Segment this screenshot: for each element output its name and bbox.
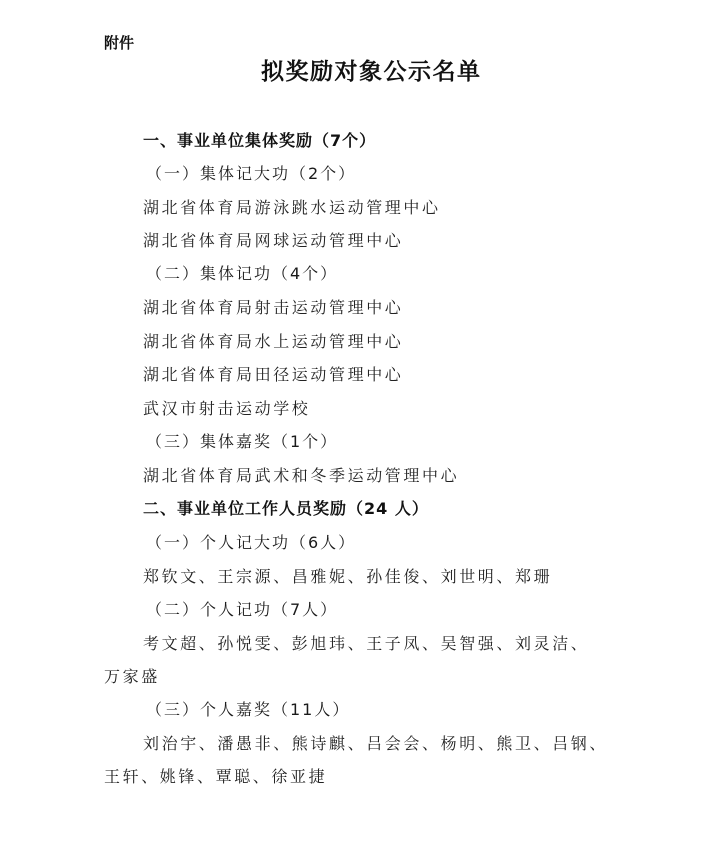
subsection-heading-individual-merit: （二）个人记功（7人）	[146, 600, 338, 620]
names-line: 刘治宇、潘愚非、熊诗麒、吕会会、杨明、熊卫、吕钢、	[143, 734, 608, 754]
list-item: 湖北省体育局水上运动管理中心	[143, 332, 403, 352]
subsection-heading-collective-major-merit: （一）集体记大功（2个）	[146, 164, 356, 184]
list-item: 湖北省体育局网球运动管理中心	[143, 231, 403, 251]
page-title: 拟奖励对象公示名单	[261, 58, 482, 86]
names-line: 郑钦文、王宗源、昌雅妮、孙佳俊、刘世明、郑珊	[143, 567, 552, 587]
attachment-label: 附件	[104, 33, 134, 53]
names-line: 王轩、姚锋、覃聪、徐亚捷	[104, 767, 327, 787]
list-item: 湖北省体育局田径运动管理中心	[143, 365, 403, 385]
list-item: 武汉市射击运动学校	[143, 399, 310, 419]
names-line: 万家盛	[104, 667, 160, 687]
subsection-heading-collective-merit: （二）集体记功（4个）	[146, 264, 338, 284]
list-item: 湖北省体育局游泳跳水运动管理中心	[143, 198, 441, 218]
list-item: 湖北省体育局射击运动管理中心	[143, 298, 403, 318]
subsection-heading-individual-major-merit: （一）个人记大功（6人）	[146, 533, 356, 553]
list-item: 湖北省体育局武术和冬季运动管理中心	[143, 466, 459, 486]
subsection-heading-individual-commendation: （三）个人嘉奖（11人）	[146, 700, 350, 720]
names-line: 考文超、孙悦雯、彭旭玮、王子凤、吴智强、刘灵洁、	[143, 634, 589, 654]
section-heading-collective: 一、事业单位集体奖励（7个）	[143, 131, 376, 151]
subsection-heading-collective-commendation: （三）集体嘉奖（1个）	[146, 432, 338, 452]
section-heading-individual: 二、事业单位工作人员奖励（24 人）	[143, 499, 429, 519]
